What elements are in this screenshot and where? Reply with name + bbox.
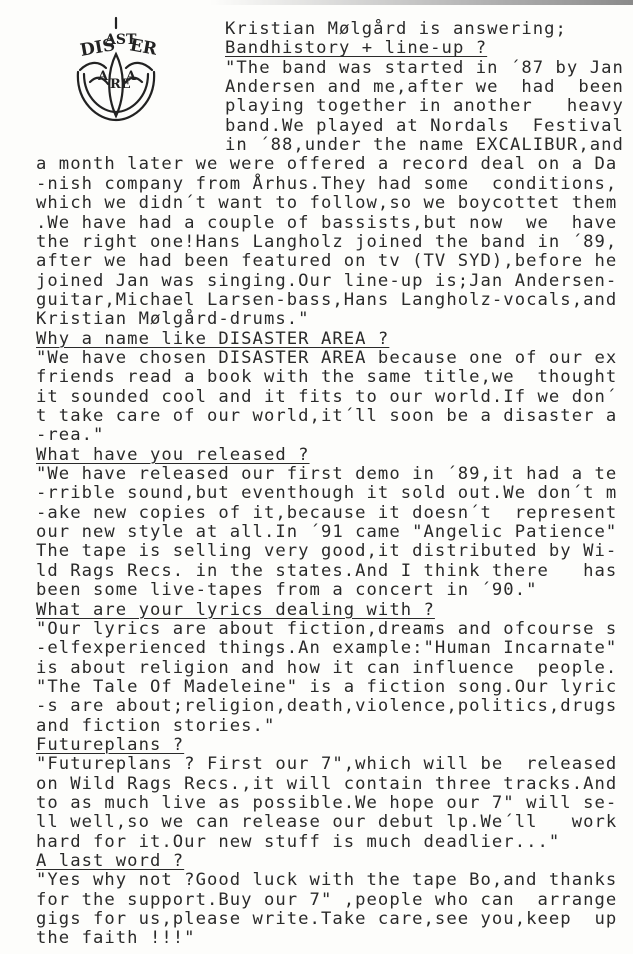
- answer-line: "We have released our first demo in ´89,…: [36, 465, 617, 484]
- answer-line: -elfexperienced things.An example:"Human…: [36, 639, 617, 658]
- answer-line: "The band was started in ´87 by Jan: [225, 59, 624, 78]
- answer-line: "Our lyrics are about fiction,dreams and…: [36, 620, 617, 639]
- answer-line: and fiction stories.": [36, 717, 275, 736]
- answer-line: -ake new copies of it,because it doesn´t…: [36, 504, 617, 523]
- answer-line: guitar,Michael Larsen-bass,Hans Langholz…: [36, 291, 617, 310]
- question-heading: What are your lyrics dealing with ?: [36, 601, 435, 620]
- svg-text:A: A: [125, 69, 137, 84]
- intro-line: Kristian Mølgård is answering;: [225, 20, 567, 39]
- answer-line: it sounded cool and it fits to our world…: [36, 388, 617, 407]
- answer-line: joined Jan was singing.Our line-up is;Ja…: [36, 272, 617, 291]
- answer-line: "The Tale Of Madeleine" is a fiction son…: [36, 678, 617, 697]
- answer-line: a month later we were offered a record d…: [36, 155, 617, 174]
- answer-line: to as much live as possible.We hope our …: [36, 794, 617, 813]
- answer-line: -nish company from Århus.They had some c…: [36, 175, 617, 194]
- answer-line: -rrible sound,but eventhough it sold out…: [36, 484, 617, 503]
- answer-line: Andersen and me,after we had been: [225, 78, 624, 97]
- answer-line: .We have had a couple of bassists,but no…: [36, 214, 617, 233]
- answer-line: the faith !!!": [36, 929, 196, 948]
- answer-line: -rea.": [36, 426, 104, 445]
- answer-line: which we didn´t want to follow,so we boy…: [36, 194, 617, 213]
- answer-line: in ´88,under the name EXCALIBUR,and: [225, 136, 624, 155]
- answer-line: ld Rags Recs. in the states.And I think …: [36, 562, 617, 581]
- answer-line: for the support.Buy our 7" ,people who c…: [36, 891, 617, 910]
- question-heading: A last word ?: [36, 852, 184, 871]
- answer-line: hard for it.Our new stuff is much deadli…: [36, 833, 560, 852]
- answer-line: "Yes why not ?Good luck with the tape Bo…: [36, 871, 617, 890]
- answer-line: band.We played at Nordals Festival: [225, 117, 624, 136]
- answer-line: on Wild Rags Recs.,it will contain three…: [36, 775, 617, 794]
- question-heading: Why a name like DISASTER AREA ?: [36, 330, 389, 349]
- answer-line: our new style at all.In ´91 came "Angeli…: [36, 523, 617, 542]
- question-heading: Bandhistory + line-up ?: [225, 39, 487, 58]
- svg-text:ER: ER: [128, 35, 159, 60]
- svg-text:A: A: [97, 69, 109, 84]
- answer-line: -s are about;religion,death,violence,pol…: [36, 697, 617, 716]
- answer-line: after we had been featured on tv (TV SYD…: [36, 252, 617, 271]
- answer-line: ll well,so we can release our debut lp.W…: [36, 813, 617, 832]
- answer-line: friends read a book with the same title,…: [36, 368, 617, 387]
- answer-line: playing together in another heavy: [225, 97, 624, 116]
- answer-line: gigs for us,please write.Take care,see y…: [36, 910, 617, 929]
- answer-line: "We have chosen DISASTER AREA because on…: [36, 349, 617, 368]
- answer-line: the right one!Hans Langholz joined the b…: [36, 233, 617, 252]
- answer-line: is about religion and how it can influen…: [36, 659, 617, 678]
- answer-line: Kristian Mølgård-drums.": [36, 310, 310, 329]
- answer-line: "Futureplans ? First our 7",which will b…: [36, 755, 617, 774]
- answer-line: been some live-tapes from a concert in ´…: [36, 581, 538, 600]
- band-logo-icon: DIS AST ER A RE A: [72, 14, 160, 124]
- question-heading: What have you released ?: [36, 446, 310, 465]
- answer-line: The tape is selling very good,it distrib…: [36, 542, 617, 561]
- answer-line: t take care of our world,it´ll soon be a…: [36, 407, 617, 426]
- question-heading: Futureplans ?: [36, 736, 184, 755]
- scan-edge-shadow: [210, 0, 633, 5]
